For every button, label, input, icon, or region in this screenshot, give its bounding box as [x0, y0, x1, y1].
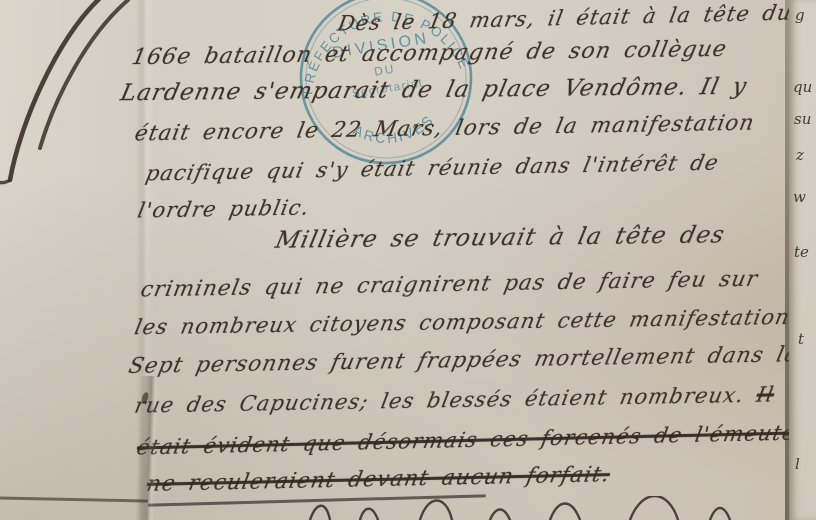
- manuscript-line: Millière se trouvait à la tête des: [273, 220, 728, 254]
- edge-text-fragment: z: [796, 146, 804, 164]
- manuscript-line: rue des Capucines; les blessés étaient n…: [133, 382, 777, 417]
- manuscript-line: 166e bataillon et accompagné de son coll…: [130, 37, 730, 70]
- manuscript-line-struck: était évident que désormais ces forcenés…: [135, 420, 798, 459]
- manuscript-line-struck: ne reculeraient devant aucun forfait.: [145, 462, 613, 497]
- manuscript-line-text: rue des Capucines; les blessés étaient n…: [133, 383, 747, 418]
- struck-word: Il: [755, 382, 777, 406]
- bottom-left-pen-line: [0, 496, 148, 502]
- edge-text-fragment: qu: [793, 78, 812, 96]
- manuscript-line: les nombreux citoyens composant cette ma…: [133, 305, 800, 339]
- edge-text-fragment: te: [794, 243, 809, 261]
- manuscript-line: Lardenne s'emparait de la place Vendôme.…: [118, 74, 750, 107]
- manuscript-line: pacifique qui s'y était réunie dans l'in…: [144, 150, 722, 185]
- cutoff-line-strokes: [300, 496, 780, 520]
- edge-text-fragment: w: [793, 188, 806, 206]
- manuscript-photo: PRÉFECTURE DE POLICE DIVISION DU Secréta…: [0, 0, 816, 520]
- manuscript-line: Sept personnes furent frappées mortellem…: [126, 342, 801, 379]
- edge-text-fragment: t: [798, 330, 804, 348]
- edge-text-fragment: l: [795, 455, 800, 473]
- adjacent-page-sliver: g qu su z w te t l: [789, 0, 816, 520]
- edge-text-fragment: su: [794, 110, 811, 128]
- manuscript-line: criminels qui ne craignirent pas de fair…: [139, 267, 761, 303]
- manuscript-line: l'ordre public.: [136, 195, 312, 222]
- edge-text-fragment: g: [795, 6, 805, 24]
